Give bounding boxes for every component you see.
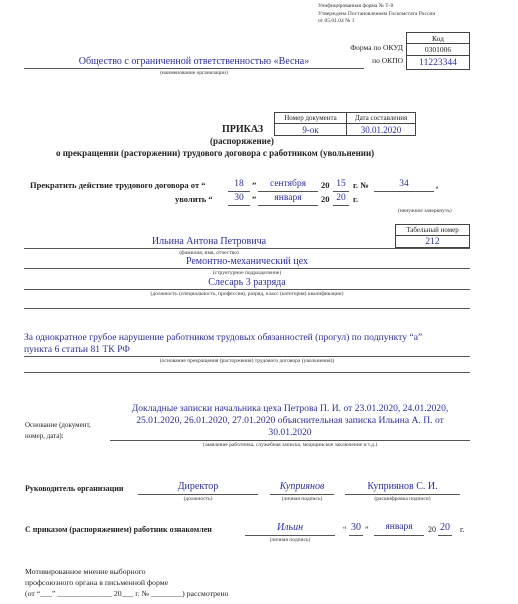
organization-name: Общество с ограниченной ответственностью… <box>24 56 364 67</box>
okud-label: Форма по ОКУД <box>339 43 403 52</box>
form-note: Унифицированная форма № Т-8 Утверждена П… <box>318 3 435 26</box>
head-decoding-line <box>345 494 460 495</box>
head-signature-caption: (личная подпись) <box>270 496 334 502</box>
dismiss-day-line <box>228 205 250 206</box>
contract-day-line <box>228 191 250 192</box>
contract-comma: , <box>436 180 438 190</box>
form-note-line-3: от 05.01.04 № 1 <box>318 18 435 26</box>
doc-date: 30.01.2020 <box>347 124 416 136</box>
union-line-1: Мотивированное мнение выборного <box>25 566 229 577</box>
contract-month-line <box>258 191 318 192</box>
basis-line-3: 30.01.2020 <box>110 427 470 439</box>
okud-value: 0301006 <box>407 44 470 56</box>
ack-day-line <box>349 535 363 536</box>
contract-number-line <box>374 191 434 192</box>
basis-text: Докладные записки начальника цеха Петров… <box>110 403 470 439</box>
basis-line-2: 25.01.2020, 26.01.2020, 27.01.2020 объяс… <box>110 415 470 427</box>
head-decoding-caption: (расшифровка подписи) <box>345 496 460 502</box>
head-signature-line <box>270 494 334 495</box>
codes-table: Код 0301006 11223344 <box>406 32 470 70</box>
reason-line-1: За однократное грубое нарушение работник… <box>24 332 474 343</box>
okpo-value: 11223344 <box>407 56 470 70</box>
basis-label-line-1: Основание (документ, <box>25 420 91 431</box>
dismiss-quote-close: ” <box>252 194 256 204</box>
ack-signature-caption: (личная подпись) <box>245 537 335 543</box>
reason-extra-line <box>24 372 470 373</box>
ack-year-suffix: г. <box>460 525 464 534</box>
ack-month: января <box>374 522 424 532</box>
dismiss-month: января <box>258 193 318 203</box>
ack-year: 20 <box>438 522 452 533</box>
order-title: ПРИКАЗ <box>222 124 263 135</box>
contract-month: сентября <box>258 179 318 189</box>
ack-month-line <box>374 535 424 536</box>
dismiss-year: 20 <box>333 193 349 203</box>
basis-caption: (заявление работника, служебная записка,… <box>110 442 470 448</box>
order-subtitle: (распоряжение) <box>210 136 274 146</box>
extra-line <box>24 308 470 309</box>
doc-number-label: Номер документа <box>275 113 347 124</box>
dismiss-month-line <box>258 205 318 206</box>
doc-number: 9-ок <box>275 124 347 136</box>
employee-name: Ильина Антона Петровича <box>24 236 394 247</box>
code-header: Код <box>407 33 470 44</box>
position: Слесарь 3 разряда <box>24 277 470 288</box>
contract-year-prefix: 20 <box>321 180 330 190</box>
contract-year-line <box>333 191 349 192</box>
dismiss-year-line <box>333 205 349 206</box>
doc-date-label: Дата составления <box>347 113 416 124</box>
tab-number-label: Табельный номер <box>396 225 470 236</box>
department: Ремонтно-механический цех <box>24 256 470 267</box>
position-caption: (должность (специальность, профессия), р… <box>24 291 470 297</box>
basis-line <box>110 440 470 441</box>
contract-number: 34 <box>374 179 434 189</box>
head-position-line <box>138 494 258 495</box>
ack-year-line <box>438 535 452 536</box>
ack-year-prefix: 20 <box>428 525 436 534</box>
reason-line-2: пункта 6 статьи 81 ТК РФ <box>24 344 130 355</box>
order-heading: о прекращении (расторжении) трудового до… <box>56 148 374 158</box>
union-opinion: Мотивированное мнение выборного профсоюз… <box>25 566 229 599</box>
department-caption: (структурное подразделение) <box>24 270 470 276</box>
form-note-line-1: Унифицированная форма № Т-8 <box>318 3 435 11</box>
union-line-2: профсоюзного органа в письменной форме <box>25 577 229 588</box>
ack-quote-open: “ <box>343 525 347 534</box>
contract-year: 15 <box>333 179 349 189</box>
ack-day: 30 <box>349 522 363 533</box>
basis-label-line-2: номер, дата): <box>25 431 91 442</box>
employee-name-line <box>24 248 470 249</box>
contract-quote-close: ” <box>252 180 256 190</box>
head-signature: Куприянов <box>270 481 334 492</box>
dismiss-year-suffix: г. <box>353 194 358 204</box>
ack-quote-close: ” <box>365 525 369 534</box>
dismiss-label: уволить “ <box>175 194 213 204</box>
organization-caption: (наименование организации) <box>24 70 364 76</box>
ack-signature: Ильин <box>245 522 335 533</box>
head-position: Директор <box>138 481 258 492</box>
head-decoding: Куприянов С. И. <box>345 481 460 492</box>
department-line <box>24 268 470 269</box>
strike-note: (ненужное зачеркнуть) <box>398 208 452 214</box>
form-note-line-2: Утверждена Постановлением Госкомстата Ро… <box>318 11 435 19</box>
union-line-3: (от “___” ______________ 20___ г. № ____… <box>25 588 229 599</box>
basis-label: Основание (документ, номер, дата): <box>25 420 91 442</box>
reason-line <box>24 356 470 357</box>
basis-line-1: Докладные записки начальника цеха Петров… <box>110 403 470 415</box>
organization-line <box>24 68 364 69</box>
contract-day: 18 <box>228 179 250 189</box>
reason-caption: (основание прекращения (расторжения) тру… <box>24 358 470 364</box>
head-position-caption: (должность) <box>138 496 258 502</box>
dismiss-year-prefix: 20 <box>321 194 330 204</box>
contract-label: Прекратить действие трудового договора о… <box>30 180 206 190</box>
position-line <box>24 289 470 290</box>
contract-number-label: г. № <box>353 180 369 190</box>
doc-number-table: Номер документа Дата составления 9-ок 30… <box>274 112 416 136</box>
ack-label: С приказом (распоряжением) работник озна… <box>25 525 212 534</box>
dismiss-day: 30 <box>228 193 250 203</box>
tab-number: 212 <box>396 236 470 248</box>
ack-signature-line <box>245 535 335 536</box>
head-label: Руководитель организации <box>25 484 123 493</box>
tab-number-table: Табельный номер 212 <box>395 224 470 248</box>
